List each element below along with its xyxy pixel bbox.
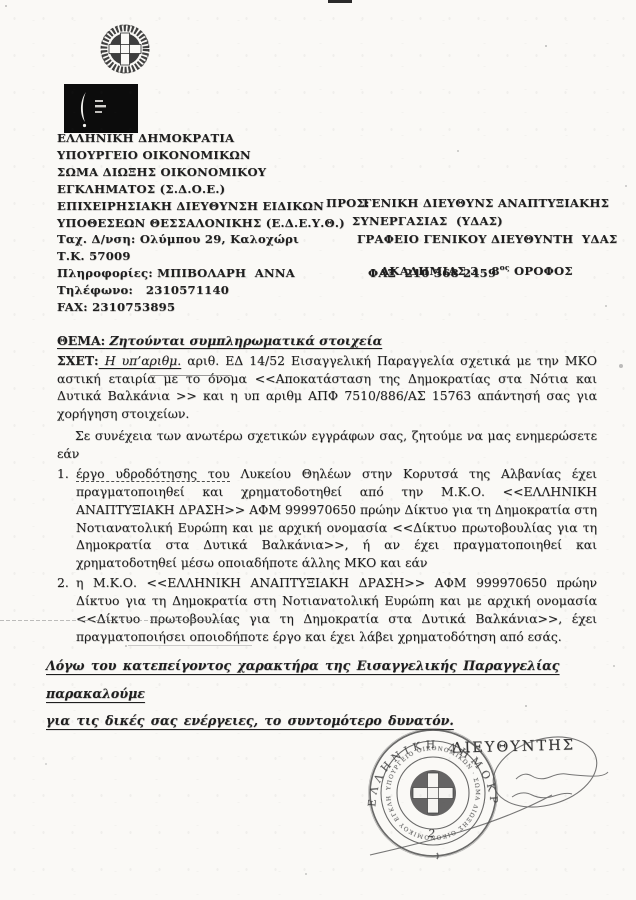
scanned-letter-page: ΕΛΛΗΝΙΚΗ ΔΗΜΟΚΡΑΤΙΑ ΥΠΟΥΡΓΕΙΟ ΟΙΚΟΝΟΜΙΚΩ… bbox=[0, 0, 636, 900]
item-1-lead: έργο υδροδότησης του bbox=[76, 466, 230, 482]
recipient-floor: ΟΡΟΦΟΣ bbox=[510, 264, 573, 278]
subject-line: ΘΕΜΑ: Ζητούνται συμπληρωματικά στοιχεία bbox=[57, 333, 382, 348]
sender-contact-person: Πληροφορίες: ΜΠΙΒΟΛΑΡΗ ΑΝΝΑ bbox=[57, 265, 345, 282]
recipient-line: ΓΕΝΙΚΗ ΔΙΕΥΘΥΝΣ ΑΝΑΠΤΥΞΙΑΚΗΣ bbox=[363, 196, 609, 210]
sender-line: ΕΠΙΧΕΙΡΗΣΙΑΚΗ ΔΙΕΥΘΥΝΣΗ ΕΙΔΙΚΩΝ bbox=[57, 198, 345, 215]
scan-noise-speckles bbox=[5, 5, 7, 7]
handwritten-overline-mark bbox=[150, 375, 232, 376]
recipient-fax: ΦΑΞ 210 368 2459 bbox=[368, 266, 496, 280]
sender-line: ΥΠΟΘΕΣΕΩΝ ΘΕΣΣΑΛΟΝΙΚΗΣ (Ε.Δ.Ε.Υ.Θ.) bbox=[57, 215, 345, 232]
recipient-line: ΣΥΝΕΡΓΑΣΙΑΣ (ΥΔΑΣ) bbox=[352, 214, 503, 228]
sender-block: ΕΛΛΗΝΙΚΗ ΔΗΜΟΚΡΑΤΙΑ ΥΠΟΥΡΓΕΙΟ ΟΙΚΟΝΟΜΙΚΩ… bbox=[57, 130, 345, 316]
sender-phone: Τηλέφωνο: 2310571140 bbox=[57, 282, 345, 299]
stamp-page-mark: 2 bbox=[427, 827, 435, 840]
subject-text: Ζητούνται συμπληρωματικά στοιχεία bbox=[105, 333, 382, 348]
svg-text:ΥΠΟΥΡΓΕΙΟ ΟΙΚΟΝΟΜΙΚΩΝ · ΣΩΜΑ Δ: ΥΠΟΥΡΓΕΙΟ ΟΙΚΟΝΟΜΙΚΩΝ · ΣΩΜΑ ΔΙΩΞΗΣ ΟΙΚΟ… bbox=[320, 703, 480, 840]
reference-lead: Η υπ’αριθμ. bbox=[99, 353, 182, 368]
closing-line-1: Λόγω του κατεπείγοντος χαρακτήρα της Εισ… bbox=[46, 658, 559, 701]
sender-fax: FAX: 2310753895 bbox=[57, 299, 345, 316]
greek-national-emblem-icon bbox=[100, 23, 150, 75]
numbered-item-2: 2.η Μ.Κ.Ο. <<ΕΛΛΗΝΙΚΗ ΑΝΑΠΤΥΞΙΑΚΗ ΔΡΑΣΗ>… bbox=[57, 574, 597, 646]
sender-address: Ταχ. Δ/νση: Ολύμπου 29, Καλοχώρι bbox=[57, 231, 345, 248]
subject-label: ΘΕΜΑ: bbox=[57, 333, 105, 348]
scan-edge-mark bbox=[328, 0, 352, 3]
faint-horizontal-rule bbox=[0, 620, 237, 621]
sender-line: ΣΩΜΑ ΔΙΩΞΗΣ ΟΙΚΟΝΟΜΙΚΟΥ bbox=[57, 164, 345, 181]
recipient-line: ΓΡΑΦΕΙΟ ΓΕΝΙΚΟΥ ΔΙΕΥΘΥΝΤΗ ΥΔΑΣ bbox=[357, 232, 617, 246]
item-number: 2. bbox=[57, 574, 69, 592]
letter-body: Σε συνέχεια των ανωτέρω σχετικών εγγράφω… bbox=[57, 427, 597, 648]
sdoe-logo-icon bbox=[64, 84, 138, 133]
sender-line: ΕΛΛΗΝΙΚΗ ΔΗΜΟΚΡΑΤΙΑ bbox=[57, 130, 345, 147]
item-2-text: η Μ.Κ.Ο. <<ΕΛΛΗΝΙΚΗ ΑΝΑΠΤΥΞΙΑΚΗ ΔΡΑΣΗ>> … bbox=[76, 575, 597, 644]
faint-horizontal-rule bbox=[128, 645, 252, 646]
numbered-item-1: 1.έργο υδροδότησης του Λυκείου Θηλέων στ… bbox=[57, 465, 597, 572]
sender-line: ΕΓΚΛΗΜΑΤΟΣ (Σ.Δ.Ο.Ε.) bbox=[57, 181, 345, 198]
round-official-stamp-icon: ΕΛΛΗΝΙΚΗ ΔΗΜΟΚΡΑΤΙΑ ΥΠΟΥΡΓΕΙΟ ΟΙΚΟΝΟΜΙΚΩ… bbox=[320, 703, 636, 878]
item-number: 1. bbox=[57, 465, 69, 483]
reference-label: ΣΧΕΤ: bbox=[57, 353, 99, 368]
sender-postal-code: Τ.Κ. 57009 bbox=[57, 248, 345, 265]
body-intro: Σε συνέχεια των ανωτέρω σχετικών εγγράφω… bbox=[57, 427, 597, 463]
stamp-inner-ring-text: ΥΠΟΥΡΓΕΙΟ ΟΙΚΟΝΟΜΙΚΩΝ · ΣΩΜΑ ΔΙΩΞΗΣ ΟΙΚΟ… bbox=[320, 703, 480, 840]
sender-line: ΥΠΟΥΡΓΕΙΟ ΟΙΚΟΝΟΜΙΚΩΝ bbox=[57, 147, 345, 164]
reference-paragraph: ΣΧΕΤ: Η υπ’αριθμ. αριθ. ΕΔ 14/52 Εισαγγε… bbox=[57, 352, 597, 422]
floor-ordinal-suffix: ος bbox=[500, 263, 510, 272]
